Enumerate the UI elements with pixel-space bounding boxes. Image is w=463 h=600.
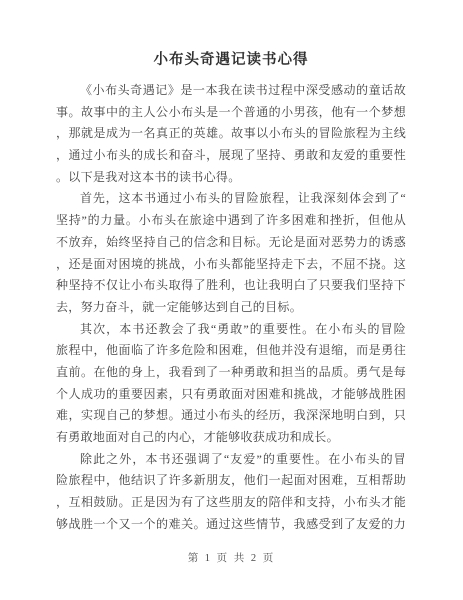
body-line: 首先，这本书通过小布头的冒险旅程，让我深刻体会到了“ xyxy=(56,188,406,210)
body-line: 种坚持不仅让小布头取得了胜利，也让我明白了只要我们坚持下 xyxy=(56,275,406,297)
body-line: 《小布头奇遇记》是一本我在读书过程中深受感动的童话故 xyxy=(56,80,406,102)
body-line: 不放弃，始终坚持自己的信念和目标。无论是面对恶势力的诱惑 xyxy=(56,232,406,254)
body-line: ，还是面对困境的挑战，小布头都能坚持走下去，不屈不挠。这 xyxy=(56,254,406,276)
body-line: 其次，本书还教会了我“勇敢”的重要性。在小布头的冒险 xyxy=(56,319,406,341)
body-line: 去，努力奋斗，就一定能够达到自己的目标。 xyxy=(56,297,406,319)
paragraph: 首先，这本书通过小布头的冒险旅程，让我深刻体会到了“ 坚持”的力量。小布头在旅途… xyxy=(56,188,406,318)
body-line: 直前。在他的身上，我看到了一种勇敢和担当的品质。勇气是每 xyxy=(56,362,406,384)
body-line: 有勇敢地面对自己的内心，才能够收获成功和成长。 xyxy=(56,427,406,449)
paragraph: 其次，本书还教会了我“勇敢”的重要性。在小布头的冒险 旅程中，他面临了许多危险和… xyxy=(56,319,406,449)
document-page: 小布头奇遇记读书心得 《小布头奇遇记》是一本我在读书过程中深受感动的童话故 事。… xyxy=(0,0,463,600)
body-line: 。以下是我对这本书的读书心得。 xyxy=(56,167,406,189)
body-line: ，那就是成为一名真正的英雄。故事以小布头的冒险旅程为主线 xyxy=(56,123,406,145)
page-number: 第 1 页 共 2 页 xyxy=(0,552,463,566)
paragraph: 《小布头奇遇记》是一本我在读书过程中深受感动的童话故 事。故事中的主人公小布头是… xyxy=(56,80,406,188)
body-line: 旅程中，他面临了许多危险和困难，但他并没有退缩，而是勇往 xyxy=(56,340,406,362)
body-line: 坚持”的力量。小布头在旅途中遇到了许多困难和挫折，但他从 xyxy=(56,210,406,232)
body-line: 难，实现自己的梦想。通过小布头的经历，我深深地明白到，只 xyxy=(56,405,406,427)
page-title: 小布头奇遇记读书心得 xyxy=(56,50,406,70)
body-line: 事。故事中的主人公小布头是一个普通的小男孩，他有一个梦想 xyxy=(56,102,406,124)
body-line: 除此之外，本书还强调了“友爱”的重要性。在小布头的冒 xyxy=(56,449,406,471)
document-body: 《小布头奇遇记》是一本我在读书过程中深受感动的童话故 事。故事中的主人公小布头是… xyxy=(56,80,406,535)
paragraph: 除此之外，本书还强调了“友爱”的重要性。在小布头的冒 险旅程中，他结识了许多新朋… xyxy=(56,449,406,536)
body-line: ，互相鼓励。正是因为有了这些朋友的陪伴和支持，小布头才能 xyxy=(56,492,406,514)
body-line: 够战胜一个又一个的难关。通过这些情节，我感受到了友爱的力 xyxy=(56,514,406,536)
body-line: 险旅程中，他结识了许多新朋友，他们一起面对困难，互相帮助 xyxy=(56,470,406,492)
body-line: 个人成功的重要因素，只有勇敢面对困难和挑战，才能够战胜困 xyxy=(56,384,406,406)
body-line: ，通过小布头的成长和奋斗，展现了坚持、勇敢和友爱的重要性 xyxy=(56,145,406,167)
